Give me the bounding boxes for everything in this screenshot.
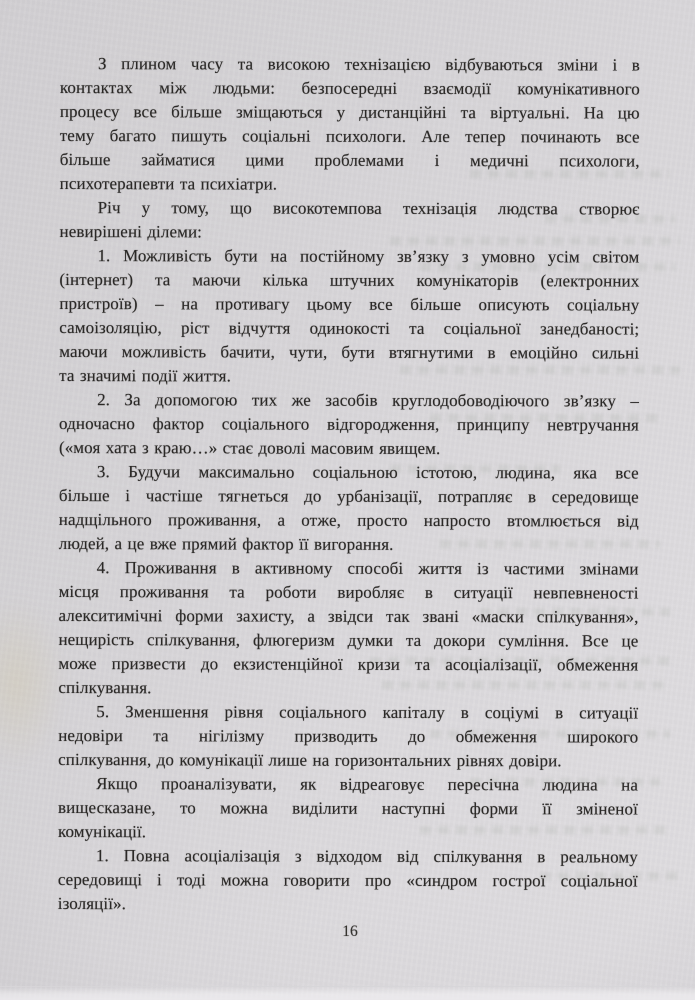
- text-line: маючиможливістьбачити,чути,бутивтягнутим…: [59, 340, 639, 366]
- text-line: 2.Задопомогоютихжезасобівкруглодобоводію…: [59, 388, 639, 414]
- text-line: можепризвестидоекзистенційноїкризитаасоц…: [58, 652, 638, 678]
- text-line: 3.Будучимаксимальносоціальноюістотою,люд…: [59, 460, 639, 486]
- page-bottom-edge: [0, 986, 695, 1000]
- text-line: темубагатопишутьсоціальніпсихологи.Алете…: [60, 124, 640, 150]
- text-line: більшезайматисяцимипроблемамиімедичніпси…: [60, 148, 640, 174]
- text-line: невирішені ділеми:: [59, 220, 639, 246]
- book-page: Зплиномчасутависокоютехнізацієювідбувают…: [0, 0, 695, 1000]
- page-body: Зплиномчасутависокоютехнізацієювідбувают…: [58, 52, 640, 918]
- text-line: алекситимічніформизахисту,азвідситакзван…: [58, 604, 638, 630]
- text-line: нещирістьспілкування,флюгеризмдумкитадок…: [58, 628, 638, 654]
- text-line: самоізоляцію,ріствідчуттяодинокостітасоц…: [59, 316, 639, 342]
- page-number: 16: [60, 920, 640, 944]
- text-line: (інтернет)тамаючикількаштучнихкомунікато…: [59, 268, 639, 294]
- text-line: 5.Зменшеннярівнясоціальногокапіталувсоці…: [58, 700, 638, 726]
- text-line: 4.Проживаннявактивномуспособіжиттяізчаст…: [59, 556, 639, 582]
- text-line: Якщопроаналізувати,яквідреаговуєпересічн…: [58, 772, 638, 798]
- text-line: спілкування.: [58, 676, 638, 702]
- text-line: одночаснофакторсоціальноговідгородження,…: [59, 412, 639, 438]
- text-line: вищесказане,томожнавиділитинаступніформи…: [58, 796, 638, 822]
- text-line: процесувсебільшезміщаютьсяудистанційніта…: [60, 100, 640, 126]
- text-line: ізоляції».: [58, 892, 638, 918]
- text-line: Річутому,щовисокотемповатехнізаціялюдств…: [60, 196, 640, 222]
- text-line: 1.Можливістьбутинапостійномузв’язкузумов…: [59, 244, 639, 270]
- paper-stain: [0, 598, 66, 768]
- text-line: надщільногопроживання,аотже,простонапрос…: [59, 508, 639, 534]
- text-line: більшеічастішетягнетьсядоурбанізації,пот…: [59, 484, 639, 510]
- text-line: («моя хата з краю…» стає доволі масовим …: [59, 436, 639, 462]
- text-line: комунікації.: [58, 820, 638, 846]
- text-line: середовищіітодіможнаговоритипро«синдромг…: [58, 868, 638, 894]
- text-line: місцяпроживаннятароботивиробляєвситуації…: [59, 580, 639, 606]
- text-line: недовіританігілізмупризводитьдообмеження…: [58, 724, 638, 750]
- text-line: пристроїв)–напротивагуцьомувсебільшеопис…: [59, 292, 639, 318]
- text-line: Зплиномчасутависокоютехнізацієювідбувают…: [60, 52, 640, 78]
- text-line: 1.Повнаасоціалізаціязвідходомвідспілкува…: [58, 844, 638, 870]
- text-line: контактахміжлюдьми:безпосереднівзаємодії…: [60, 76, 640, 102]
- text-line: спілкування, до комунікації лише на гори…: [58, 748, 638, 774]
- text-line: людей, а це вже прямий фактор її вигоран…: [59, 532, 639, 558]
- text-line: психотерапевти та психіатри.: [60, 172, 640, 198]
- text-line: та значимі події життя.: [59, 364, 639, 390]
